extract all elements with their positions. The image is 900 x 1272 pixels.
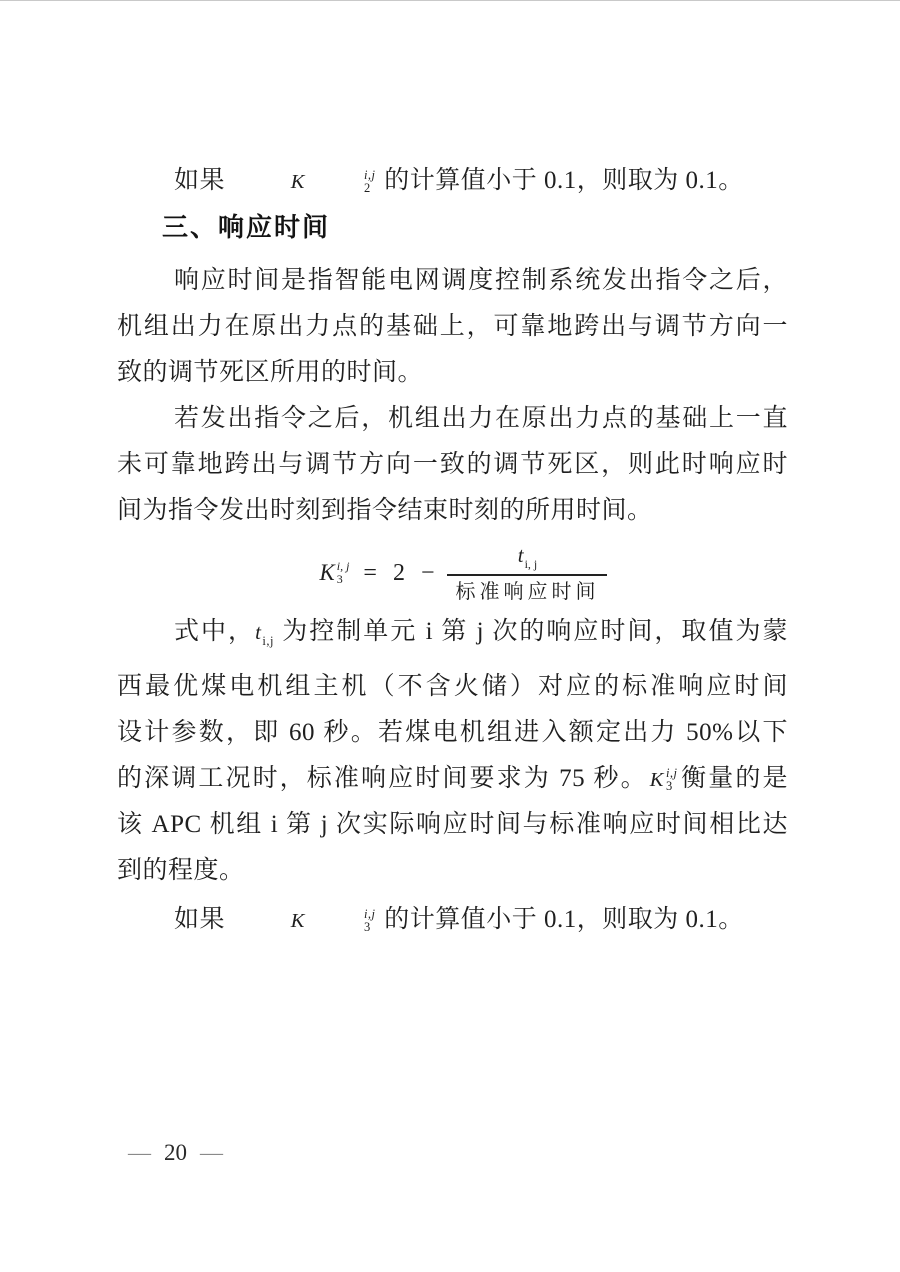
text-line: 该 APC 机组 i 第 j 次实际响应时间与标准响应时间相比达 xyxy=(117,802,788,848)
text-run: 响应时间是指智能电网调度控制系统发出指令之后， xyxy=(174,267,788,294)
t-base: t xyxy=(518,543,524,567)
text-line: 如果 Ki,j2 的计算值小于 0.1，则取为 0.1。 xyxy=(117,158,788,204)
footer-dash-right: — xyxy=(200,1140,223,1166)
k-variable: Ki,j2 xyxy=(234,169,376,195)
t-base: t xyxy=(255,620,261,644)
document-page: 如果 Ki,j2 的计算值小于 0.1，则取为 0.1。三、响应时间响应时间是指… xyxy=(0,0,900,1272)
text-run: 的深调工况时，标准响应时间要求为 75 秒。 xyxy=(117,765,648,792)
formula-operator: = 2 − xyxy=(363,560,435,587)
k-base: K xyxy=(650,770,664,791)
text-run: 设计参数，即 60 秒。若煤电机组进入额定出力 50%以下 xyxy=(117,719,788,746)
text-run: 西最优煤电机组主机（不含火储）对应的标准响应时间 xyxy=(117,673,788,700)
text-line: 西最优煤电机组主机（不含火储）对应的标准响应时间 xyxy=(117,664,788,710)
page-footer: — 20 — xyxy=(128,1140,223,1166)
text-run: 如果 xyxy=(174,906,232,933)
k-scripts: i,j3 xyxy=(666,767,678,793)
text-run: 到的程度。 xyxy=(117,857,245,884)
text-line: 响应时间是指智能电网调度控制系统发出指令之后， xyxy=(117,258,788,304)
fraction: ti, j标准响应时间 xyxy=(447,542,607,604)
k-scripts: i,j3 xyxy=(307,908,376,934)
k-superscript: i,j xyxy=(307,908,376,921)
k-subscript: 3 xyxy=(337,573,350,586)
t-subscript: i, j xyxy=(525,557,538,571)
k-scripts: i,j2 xyxy=(307,169,376,195)
text-line: 未可靠地跨出与调节方向一致的调节死区，则此时响应时 xyxy=(117,442,788,488)
fraction-denominator: 标准响应时间 xyxy=(447,574,607,604)
text-line: 致的调节死区所用的时间。 xyxy=(117,350,788,396)
t-variable: ti, j xyxy=(518,542,538,568)
text-run: 式中， xyxy=(174,618,255,645)
text-line: 间为指令发出时刻到指令结束时刻的所用时间。 xyxy=(117,488,788,534)
text-run: 的计算值小于 0.1，则取为 0.1。 xyxy=(378,167,744,194)
t-subscript: i,j xyxy=(262,634,274,648)
text-line: 到的程度。 xyxy=(117,848,788,894)
document-content: 如果 Ki,j2 的计算值小于 0.1，则取为 0.1。三、响应时间响应时间是指… xyxy=(117,158,788,943)
text-run: 致的调节死区所用的时间。 xyxy=(117,359,423,386)
k-variable: Ki,j3 xyxy=(234,908,376,934)
text-run: 若发出指令之后，机组出力在原出力点的基础上一直 xyxy=(174,405,788,432)
k-base: K xyxy=(234,172,305,193)
k-base: K xyxy=(320,562,335,585)
text-line: 式中，ti,j 为控制单元 i 第 j 次的响应时间，取值为蒙 xyxy=(117,609,788,664)
text-run: 机组出力在原出力点的基础上，可靠地跨出与调节方向一 xyxy=(117,313,788,340)
text-run: 间为指令发出时刻到指令结束时刻的所用时间。 xyxy=(117,497,653,524)
k-scripts: i, j3 xyxy=(337,560,350,585)
text-run: 为控制单元 i 第 j 次的响应时间，取值为蒙 xyxy=(274,618,788,645)
k-variable: Ki, j3 xyxy=(320,560,350,585)
paragraph: 若发出指令之后，机组出力在原出力点的基础上一直未可靠地跨出与调节方向一致的调节死… xyxy=(117,396,788,534)
formula: Ki, j3= 2 −ti, j标准响应时间 xyxy=(127,541,798,605)
k-variable: Ki,j3 xyxy=(650,767,678,793)
scan-edge-line xyxy=(0,0,900,1)
text-line: 设计参数，即 60 秒。若煤电机组进入额定出力 50%以下 xyxy=(117,710,788,756)
text-line: 机组出力在原出力点的基础上，可靠地跨出与调节方向一 xyxy=(117,304,788,350)
text-run: 衡量的是 xyxy=(680,765,788,792)
text-line: 如果 Ki,j3 的计算值小于 0.1，则取为 0.1。 xyxy=(117,897,788,943)
fraction-numerator: ti, j xyxy=(518,542,538,574)
footer-dash-left: — xyxy=(128,1140,151,1166)
k-subscript: 3 xyxy=(666,780,678,793)
paragraph: 响应时间是指智能电网调度控制系统发出指令之后，机组出力在原出力点的基础上，可靠地… xyxy=(117,258,788,396)
text-run: 的计算值小于 0.1，则取为 0.1。 xyxy=(378,906,744,933)
text-line: 的深调工况时，标准响应时间要求为 75 秒。Ki,j3衡量的是 xyxy=(117,756,788,802)
section-heading: 三、响应时间 xyxy=(117,204,788,250)
paragraph: 式中，ti,j 为控制单元 i 第 j 次的响应时间，取值为蒙西最优煤电机组主机… xyxy=(117,609,788,894)
text-line: 若发出指令之后，机组出力在原出力点的基础上一直 xyxy=(117,396,788,442)
text-run: 如果 xyxy=(174,167,232,194)
k-superscript: i,j xyxy=(666,767,678,780)
t-variable: ti,j xyxy=(255,618,274,645)
text-run: 未可靠地跨出与调节方向一致的调节死区，则此时响应时 xyxy=(117,451,788,478)
k-base: K xyxy=(234,911,305,932)
page-number: 20 xyxy=(164,1140,187,1166)
k-subscript: 2 xyxy=(307,182,376,195)
text-run: 该 APC 机组 i 第 j 次实际响应时间与标准响应时间相比达 xyxy=(117,811,788,838)
k-subscript: 3 xyxy=(307,921,376,934)
